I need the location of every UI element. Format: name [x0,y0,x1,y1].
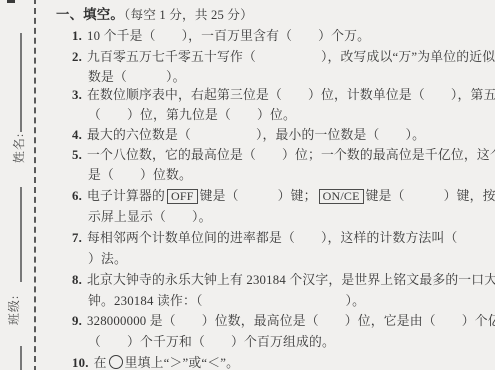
question-4: 4.最大的六位数是（ ），最小的一位数是（ ）。 [72,128,425,143]
question-7-line-1: 7.每相邻两个计数单位间的进率都是（ ），这样的计数方法叫（ [72,231,458,246]
question-9-number: 9. [72,314,82,328]
question-3-number: 3. [72,88,82,102]
question-5-number: 5. [72,148,82,162]
question-6-line-1: 6.电子计算器的OFF键是（ ）键；ON/CE键是（ ）键，按后显 [72,189,495,204]
class-write-line [20,187,22,282]
question-4-text: 最大的六位数是（ ），最小的一位数是（ ）。 [87,128,425,142]
question-10: 10.在里填上“＞”或“＜”。 [72,355,239,370]
question-3-line-2: （ ）位，第九位是（ ）位。 [88,108,296,123]
question-8-text-2: 钟。230184 读作：（ ）。 [88,294,365,308]
section-heading: 一、填空。（每空 1 分，共 25 分） [56,7,253,23]
question-9-text-2: （ ）个千万和（ ）个百万组成的。 [88,335,335,349]
question-2-number: 2. [72,50,82,64]
question-6-number: 6. [72,189,82,203]
question-7-number: 7. [72,231,82,245]
question-3-text-1: 在数位顺序表中，右起第三位是（ ）位，计数单位是（ ），第五位是 [87,88,495,102]
question-10-text-1: 在 [94,356,107,370]
calculator-on-ce-key: ON/CE [319,189,364,204]
question-10-text-2: 里填上“＞”或“＜”。 [125,356,240,370]
seal-dashed-line [34,0,36,370]
question-1-number: 1. [72,29,82,43]
question-10-number: 10. [72,356,89,370]
question-4-number: 4. [72,128,82,142]
question-6-text-4: 示屏上显示（ ）。 [88,210,212,224]
section-points-note: （每空 1 分，共 25 分） [124,8,253,22]
question-7-text-1: 每相邻两个计数单位间的进率都是（ ），这样的计数方法叫（ [87,231,458,245]
question-3-line-1: 3.在数位顺序表中，右起第三位是（ ）位，计数单位是（ ），第五位是 [72,88,495,103]
question-6-text-2: 键是（ ）键； [200,189,317,203]
question-2-line-1: 2.九百零五万七千零五十写作（ ），改写成以“万”为单位的近似 [72,50,495,65]
question-5-text-1: 一个八位数，它的最高位是（ ）位；一个数的最高位是千亿位，这个数 [87,148,495,162]
question-6-text-3: 键是（ ）键，按后显 [366,189,495,203]
question-9-text-1: 328000000 是（ ）位数，最高位是（ ）位，它是由（ ）个亿、 [87,314,495,328]
question-9-line-2: （ ）个千万和（ ）个百万组成的。 [88,335,335,350]
scan-artifact-mark [7,0,15,3]
question-6-text-1: 电子计算器的 [87,189,165,203]
question-5-line-1: 5.一个八位数，它的最高位是（ ）位；一个数的最高位是千亿位，这个数 [72,148,495,163]
circle-blank-icon [109,355,123,369]
question-8-line-2: 钟。230184 读作：（ ）。 [88,294,365,309]
class-label: 班级: [5,292,19,328]
question-3-text-2: （ ）位，第九位是（ ）位。 [88,108,296,122]
question-8-text-1: 北京大钟寺的永乐大钟上有 230184 个汉字，是世界上铭文最多的一口大 [87,273,495,287]
question-9-line-1: 9.328000000 是（ ）位数，最高位是（ ）位，它是由（ ）个亿、 [72,314,495,329]
margin-write-line [20,346,22,370]
question-5-text-2: 是（ ）位数。 [88,168,192,182]
question-7-text-2: ）法。 [88,252,127,266]
calculator-off-key: OFF [167,189,198,204]
exam-paper-page: 姓名: 班级: 一、填空。（每空 1 分，共 25 分） 1.10 个千是（ ）… [0,0,495,370]
question-7-line-2: ）法。 [88,252,127,267]
name-write-line [20,33,22,132]
section-title: 一、填空。 [56,7,124,22]
question-8-number: 8. [72,273,82,287]
question-2-text-2: 数是（ ）。 [88,70,186,84]
question-1: 1.10 个千是（ ），一百万里含有（ ）个万。 [72,29,370,44]
question-2-text-1: 九百零五万七千零五十写作（ ），改写成以“万”为单位的近似 [87,50,495,64]
question-8-line-1: 8.北京大钟寺的永乐大钟上有 230184 个汉字，是世界上铭文最多的一口大 [72,273,495,288]
question-1-text: 10 个千是（ ），一百万里含有（ ）个万。 [87,29,370,43]
question-2-line-2: 数是（ ）。 [88,70,186,85]
question-5-line-2: 是（ ）位数。 [88,168,192,183]
name-label: 姓名: [10,130,24,166]
question-6-line-2: 示屏上显示（ ）。 [88,210,212,225]
